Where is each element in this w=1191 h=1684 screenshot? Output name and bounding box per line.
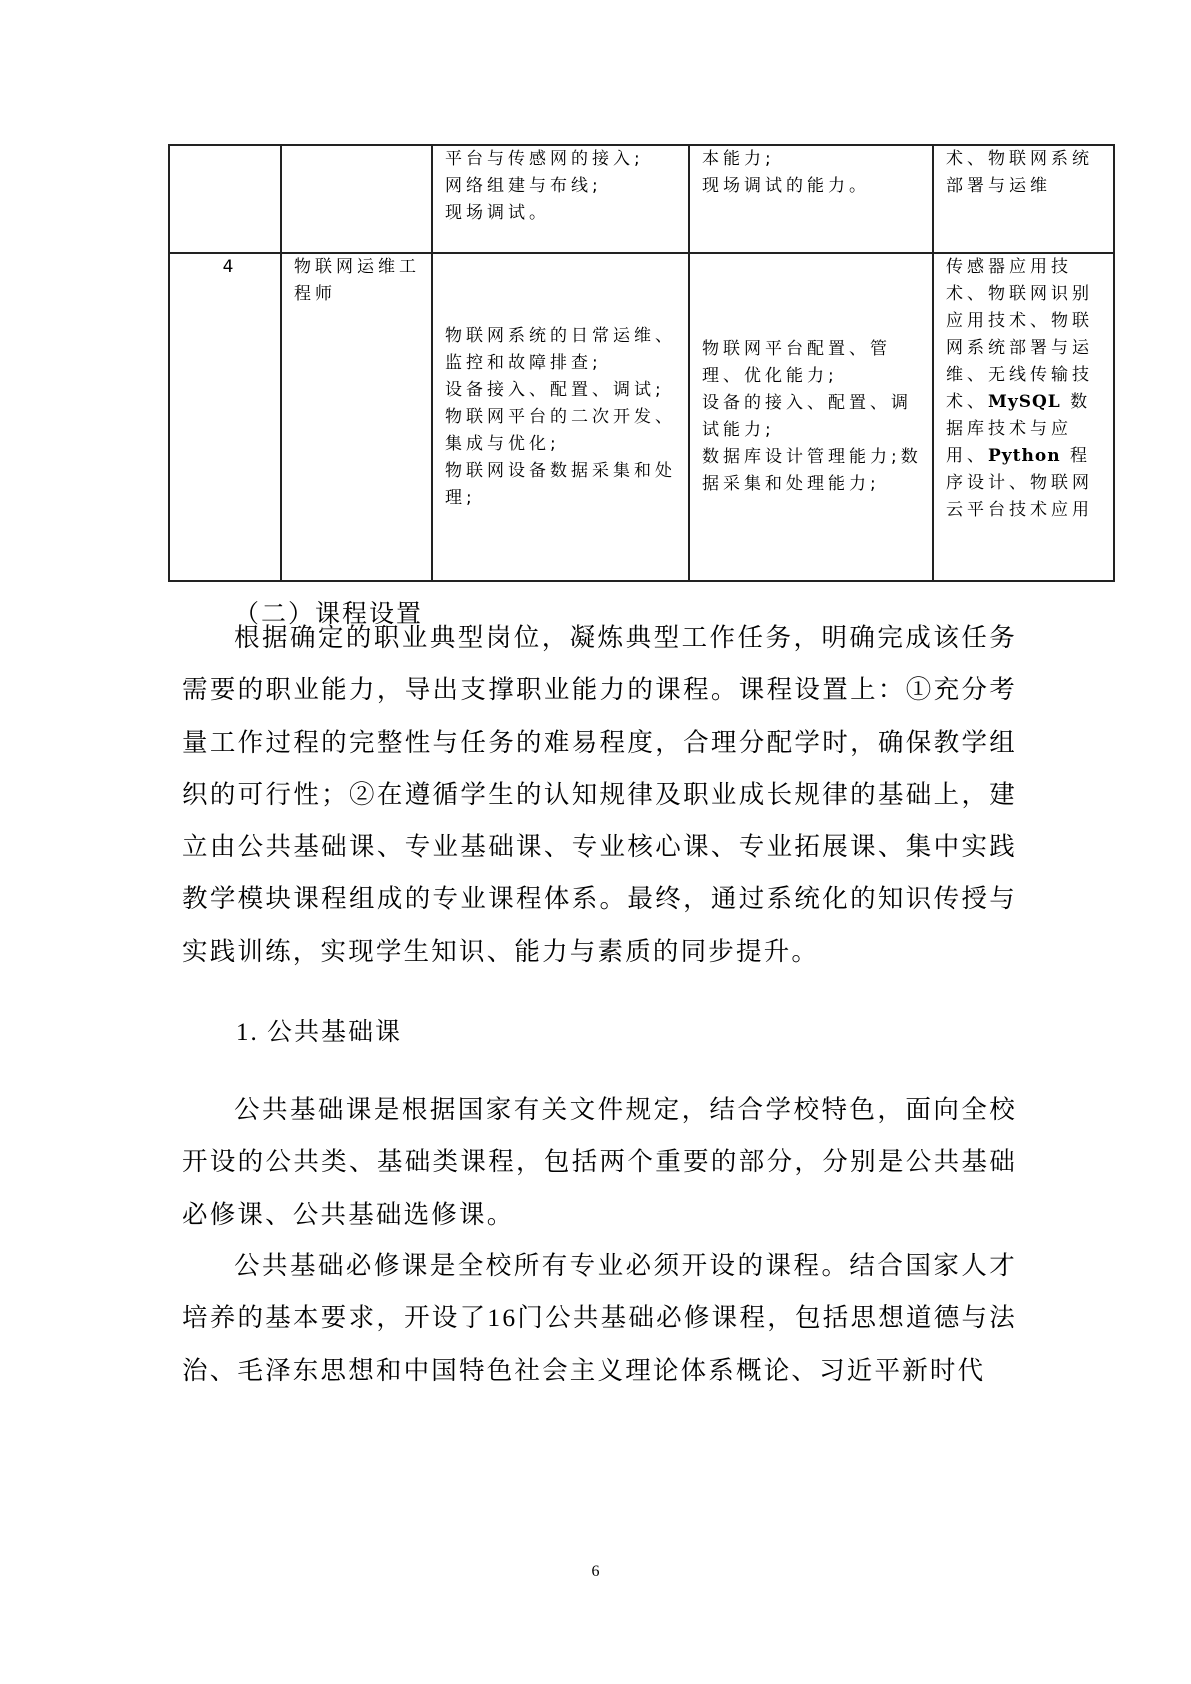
course-text-python: Python (988, 446, 1061, 466)
task-line: 设备接入、配置、调试; (445, 377, 682, 404)
task-line: 物联网系统的日常运维、监控和故障排查; (445, 323, 682, 377)
task-line: 物联网平台的二次开发、集成与优化; (445, 404, 682, 458)
subsection-heading: 1. 公共基础课 (236, 1012, 402, 1048)
task-line: 平台与传感网的接入; (445, 146, 682, 173)
ability-line: 设备的接入、配置、调试能力; (702, 390, 926, 444)
cell-tasks: 物联网系统的日常运维、监控和故障排查; 设备接入、配置、调试; 物联网平台的二次… (432, 253, 689, 581)
cell-post (281, 145, 432, 253)
ability-line: 数据库设计管理能力;数据采集和处理能力; (702, 444, 926, 498)
cell-abilities: 本能力; 现场调试的能力。 (689, 145, 933, 253)
paragraph-public-courses: 公共基础课是根据国家有关文件规定，结合学校特色，面向全校开设的公共类、基础类课程… (182, 1084, 1017, 1241)
paragraph-course-setting: 根据确定的职业典型岗位，凝炼典型工作任务，明确完成该任务需要的职业能力，导出支撑… (182, 612, 1017, 978)
page-number: 6 (0, 1563, 1191, 1581)
ability-line: 现场调试的能力。 (702, 173, 926, 200)
paragraph-required-courses: 公共基础必修课是全校所有专业必须开设的课程。结合国家人才培养的基本要求，开设了1… (182, 1240, 1017, 1397)
cell-courses: 术、物联网系统部署与运维 (933, 145, 1114, 253)
cell-tasks: 平台与传感网的接入; 网络组建与布线; 现场调试。 (432, 145, 689, 253)
task-line: 物联网设备数据采集和处理; (445, 458, 682, 512)
cell-number: 4 (169, 253, 281, 581)
course-text-mysql: MySQL (988, 392, 1061, 412)
document-page: 平台与传感网的接入; 网络组建与布线; 现场调试。 本能力; 现场调试的能力。 … (0, 0, 1191, 1684)
table-row: 4 物联网运维工程师 物联网系统的日常运维、监控和故障排查; 设备接入、配置、调… (169, 253, 1114, 581)
task-line: 网络组建与布线; (445, 173, 682, 200)
cell-post: 物联网运维工程师 (281, 253, 432, 581)
table-row: 平台与传感网的接入; 网络组建与布线; 现场调试。 本能力; 现场调试的能力。 … (169, 145, 1114, 253)
cell-abilities: 物联网平台配置、管理、优化能力; 设备的接入、配置、调试能力; 数据库设计管理能… (689, 253, 933, 581)
ability-line: 物联网平台配置、管理、优化能力; (702, 336, 926, 390)
task-line: 现场调试。 (445, 200, 682, 227)
cell-number (169, 145, 281, 253)
cell-courses: 传感器应用技术、物联网识别应用技术、物联网系统部署与运维、无线传输技术、MySQ… (933, 253, 1114, 581)
job-ability-table: 平台与传感网的接入; 网络组建与布线; 现场调试。 本能力; 现场调试的能力。 … (168, 144, 1115, 582)
course-text: 传感器应用技术、物联网识别应用技术、物联网系统部署与运维、无线传输技术、 (946, 257, 1093, 412)
ability-line: 本能力; (702, 146, 926, 173)
